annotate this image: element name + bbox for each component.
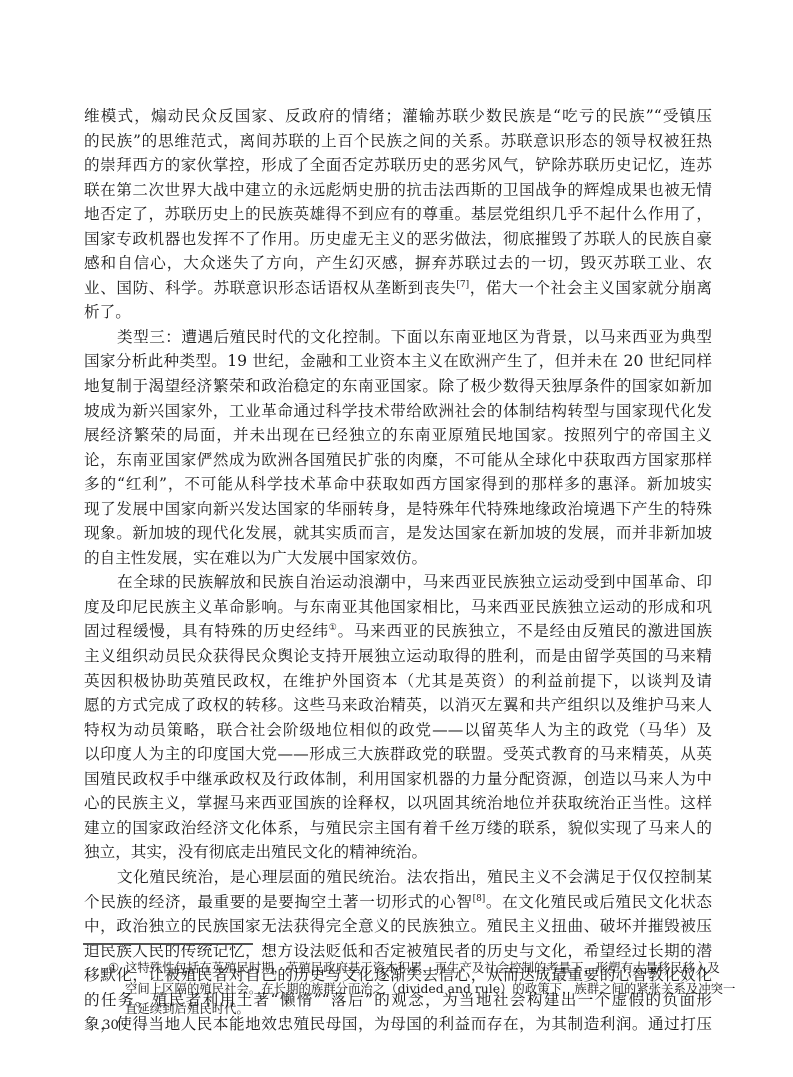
text-line-content: 析了。 [84, 303, 131, 321]
text-line-content: 联在第二次世界大战中建立的永远彪炳史册的抗击法西斯的卫国战争的辉煌成果也被无情 [84, 181, 712, 199]
text-line-content: 固过程缓慢，具有特殊的历史经纬 [84, 622, 329, 640]
text-line-content: 以印度人为主的印度国大党——形成三大族群政党的联盟。受英式教育的马来精英，从英 [84, 745, 712, 763]
text-line-continuation: 。在文化殖民或后殖民文化状态 [485, 893, 712, 911]
text-line: 现象。新加坡的现代化发展，就其实质而言，是发达国家在新加坡的发展，而并非新加坡 [84, 521, 712, 546]
text-line: 多的“红利”，不可能从科学技术革命中获取如西方国家得到的那样多的惠泽。新加坡实 [84, 472, 712, 497]
citation-reference[interactable]: [8] [473, 894, 486, 904]
text-line: 展经济繁荣的局面，并未出现在已经独立的东南亚原殖民地国家。按照列宁的帝国主义 [84, 423, 712, 448]
footnote-line: 直延续到后殖民时代。 [108, 999, 712, 1020]
text-line-content: 多的“红利”，不可能从科学技术革命中获取如西方国家得到的那样多的惠泽。新加坡实 [84, 475, 712, 493]
footnote-line: 空间上区隔的殖民社会。在长期的族群分而治之（divided and rule）的… [108, 979, 712, 1000]
text-line: 固过程缓慢，具有特殊的历史经纬①。马来西亚的民族独立，不是经由反殖民的激进国族 [84, 619, 712, 644]
page-number: · 30 · [94, 1017, 127, 1035]
footnotes: ①这特殊性包括在英殖民时期，英殖民政府基于资本积累、再生产及社会控制的考量下，形… [108, 958, 712, 1020]
text-line: 现了发展中国家向新兴发达国家的华丽转身，是特殊年代特殊地缘政治境遇下产生的特殊 [84, 497, 712, 522]
text-line: 感和自信心，大众迷失了方向，产生幻灭感，摒弃苏联过去的一切，毁灭苏联工业、农 [84, 251, 712, 276]
text-line: 国家分析此种类型。19 世纪，金融和工业资本主义在欧洲产生了，但并未在 20 世… [84, 349, 712, 374]
body-text: 维模式，煽动民众反国家、反政府的情绪；灌输苏联少数民族是“吃亏的民族”“受镇压的… [84, 104, 712, 1037]
text-line-content: 国家专政机器也发挥不了作用。历史虚无主义的恶劣做法，彻底摧毁了苏联人的民族自豪 [84, 230, 712, 248]
text-line: 心的民族主义，掌握马来西亚国族的诠释权，以巩固其统治地位并获取统治正当性。这样 [84, 791, 712, 816]
text-line: 建立的国家政治经济文化体系，与殖民宗主国有着千丝万缕的联系，貌似实现了马来人的 [84, 816, 712, 841]
text-line-content: 感和自信心，大众迷失了方向，产生幻灭感，摒弃苏联过去的一切，毁灭苏联工业、农 [84, 254, 712, 272]
text-line: 业、国防、科学。苏联意识形态话语权从垄断到丧失[7]，偌大一个社会主义国家就分崩… [84, 276, 712, 301]
footnote-text: 这特殊性包括在英殖民时期，英殖民政府基于资本积累、再生产及社会控制的考量下，形塑… [125, 960, 720, 975]
footnote-divider [83, 943, 253, 945]
text-line-content: 度及印尼民族主义革命影响。与东南亚其他国家相比，马来西亚民族独立运动的形成和巩 [84, 598, 712, 616]
text-line-content: 地复制于渴望经济繁荣和政治稳定的东南亚国家。除了极少数得天独厚条件的国家如新加 [84, 377, 712, 395]
text-line: 地复制于渴望经济繁荣和政治稳定的东南亚国家。除了极少数得天独厚条件的国家如新加 [84, 374, 712, 399]
text-line-content: 的崇拜西方的家伙掌控，形成了全面否定苏联历史的恶劣风气，铲除苏联历史记忆，连苏 [84, 156, 712, 174]
text-line: 文化殖民统治，是心理层面的殖民统治。法农指出，殖民主义不会满足于仅仅控制某 [84, 865, 712, 890]
footnote-marker: ① [108, 958, 125, 979]
text-line-content: 文化殖民统治，是心理层面的殖民统治。法农指出，殖民主义不会满足于仅仅控制某 [117, 868, 712, 886]
text-line-content: 展经济繁荣的局面，并未出现在已经独立的东南亚原殖民地国家。按照列宁的帝国主义 [84, 426, 712, 444]
text-line: 坡成为新兴国家外，工业革命通过科学技术带给欧洲社会的体制结构转型与国家现代化发 [84, 399, 712, 424]
text-line-content: 论，东南亚国家俨然成为欧洲各国殖民扩张的肉糜，不可能从全球化中获取西方国家那样 [84, 451, 712, 469]
text-line: 地否定了，苏联历史上的民族英雄得不到应有的尊重。基层党组织几乎不起什么作用了， [84, 202, 712, 227]
text-line-content: 心的民族主义，掌握马来西亚国族的诠释权，以巩固其统治地位并获取统治正当性。这样 [84, 794, 712, 812]
text-line: 的崇拜西方的家伙掌控，形成了全面否定苏联历史的恶劣风气，铲除苏联历史记忆，连苏 [84, 153, 712, 178]
text-line-content: 主义组织动员民众获得民众舆论支持开展独立运动取得的胜利，而是由留学英国的马来精 [84, 647, 712, 665]
text-line-content: 的自主性发展，实在难以为广大发展中国家效仿。 [84, 549, 427, 567]
text-line: 论，东南亚国家俨然成为欧洲各国殖民扩张的肉糜，不可能从全球化中获取西方国家那样 [84, 448, 712, 473]
text-line-content: 建立的国家政治经济文化体系，与殖民宗主国有着千丝万缕的联系，貌似实现了马来人的 [84, 819, 712, 837]
text-line-continuation: ，偌大一个社会主义国家就分崩离 [469, 279, 712, 297]
text-line-content: 英因积极协助英殖民政权，在维护外国资本（尤其是英资）的利益前提下，以谈判及请 [84, 672, 712, 690]
text-line-content: 个民族的经济，最重要的是要掏空土著一切形式的心智 [84, 893, 473, 911]
text-line: 联在第二次世界大战中建立的永远彪炳史册的抗击法西斯的卫国战争的辉煌成果也被无情 [84, 178, 712, 203]
text-line: 在全球的民族解放和民族自治运动浪潮中，马来西亚民族独立运动受到中国革命、印 [84, 570, 712, 595]
text-line: 独立，其实，没有彻底走出殖民文化的精神统治。 [84, 840, 712, 865]
text-line-content: 特权为动员策略，联合社会阶级地位相似的政党——以留英华人为主的政党（马华）及 [84, 721, 712, 739]
text-line: 国殖民政权手中继承政权及行政体制，利用国家机器的力量分配资源，创造以马来人为中 [84, 767, 712, 792]
text-line: 的民族”的思维范式，离间苏联的上百个民族之间的关系。苏联意识形态的领导权被狂热 [84, 129, 712, 154]
footnote-text: 空间上区隔的殖民社会。在长期的族群分而治之（divided and rule）的… [125, 981, 735, 996]
text-line: 英因积极协助英殖民政权，在维护外国资本（尤其是英资）的利益前提下，以谈判及请 [84, 669, 712, 694]
text-line: 的自主性发展，实在难以为广大发展中国家效仿。 [84, 546, 712, 571]
text-line-content: 类型三：遭遇后殖民时代的文化控制。下面以东南亚地区为背景，以马来西亚为典型 [117, 328, 712, 346]
document-page: 维模式，煽动民众反国家、反政府的情绪；灌输苏联少数民族是“吃亏的民族”“受镇压的… [0, 0, 793, 1077]
text-line-content: 地否定了，苏联历史上的民族英雄得不到应有的尊重。基层党组织几乎不起什么作用了， [84, 205, 712, 223]
text-line-content: 独立，其实，没有彻底走出殖民文化的精神统治。 [84, 843, 427, 861]
text-line-content: 在全球的民族解放和民族自治运动浪潮中，马来西亚民族独立运动受到中国革命、印 [117, 573, 712, 591]
citation-reference[interactable]: ① [329, 623, 338, 633]
text-line-continuation: 。马来西亚的民族独立，不是经由反殖民的激进国族 [338, 622, 712, 640]
text-line: 个民族的经济，最重要的是要掏空土著一切形式的心智[8]。在文化殖民或后殖民文化状… [84, 890, 712, 915]
text-line-content: 愿的方式完成了政权的转移。这些马来政治精英，以消灭左翼和共产组织以及维护马来人 [84, 696, 712, 714]
text-line-content: 的民族”的思维范式，离间苏联的上百个民族之间的关系。苏联意识形态的领导权被狂热 [84, 132, 712, 150]
text-line: 国家专政机器也发挥不了作用。历史虚无主义的恶劣做法，彻底摧毁了苏联人的民族自豪 [84, 227, 712, 252]
text-line-content: 现了发展中国家向新兴发达国家的华丽转身，是特殊年代特殊地缘政治境遇下产生的特殊 [84, 500, 712, 518]
citation-reference[interactable]: [7] [456, 280, 469, 290]
text-line: 中，政治独立的民族国家无法获得完全意义的民族独立。殖民主义扭曲、破坏并摧毁被压 [84, 914, 712, 939]
footnote-text: 直延续到后殖民时代。 [125, 1001, 249, 1016]
text-line: 析了。 [84, 300, 712, 325]
text-line-content: 现象。新加坡的现代化发展，就其实质而言，是发达国家在新加坡的发展，而并非新加坡 [84, 524, 712, 542]
text-line-content: 中，政治独立的民族国家无法获得完全意义的民族独立。殖民主义扭曲、破坏并摧毁被压 [84, 917, 712, 935]
text-line: 以印度人为主的印度国大党——形成三大族群政党的联盟。受英式教育的马来精英，从英 [84, 742, 712, 767]
text-line-content: 国家分析此种类型。19 世纪，金融和工业资本主义在欧洲产生了，但并未在 20 世… [84, 352, 712, 370]
text-line-content: 坡成为新兴国家外，工业革命通过科学技术带给欧洲社会的体制结构转型与国家现代化发 [84, 402, 712, 420]
text-line: 维模式，煽动民众反国家、反政府的情绪；灌输苏联少数民族是“吃亏的民族”“受镇压 [84, 104, 712, 129]
text-line: 特权为动员策略，联合社会阶级地位相似的政党——以留英华人为主的政党（马华）及 [84, 718, 712, 743]
footnote-line: ①这特殊性包括在英殖民时期，英殖民政府基于资本积累、再生产及社会控制的考量下，形… [108, 958, 712, 979]
text-line-content: 国殖民政权手中继承政权及行政体制，利用国家机器的力量分配资源，创造以马来人为中 [84, 770, 712, 788]
text-line: 类型三：遭遇后殖民时代的文化控制。下面以东南亚地区为背景，以马来西亚为典型 [84, 325, 712, 350]
text-line: 度及印尼民族主义革命影响。与东南亚其他国家相比，马来西亚民族独立运动的形成和巩 [84, 595, 712, 620]
text-line: 愿的方式完成了政权的转移。这些马来政治精英，以消灭左翼和共产组织以及维护马来人 [84, 693, 712, 718]
text-line: 主义组织动员民众获得民众舆论支持开展独立运动取得的胜利，而是由留学英国的马来精 [84, 644, 712, 669]
text-line-content: 维模式，煽动民众反国家、反政府的情绪；灌输苏联少数民族是“吃亏的民族”“受镇压 [84, 107, 712, 125]
text-line-content: 业、国防、科学。苏联意识形态话语权从垄断到丧失 [84, 279, 456, 297]
